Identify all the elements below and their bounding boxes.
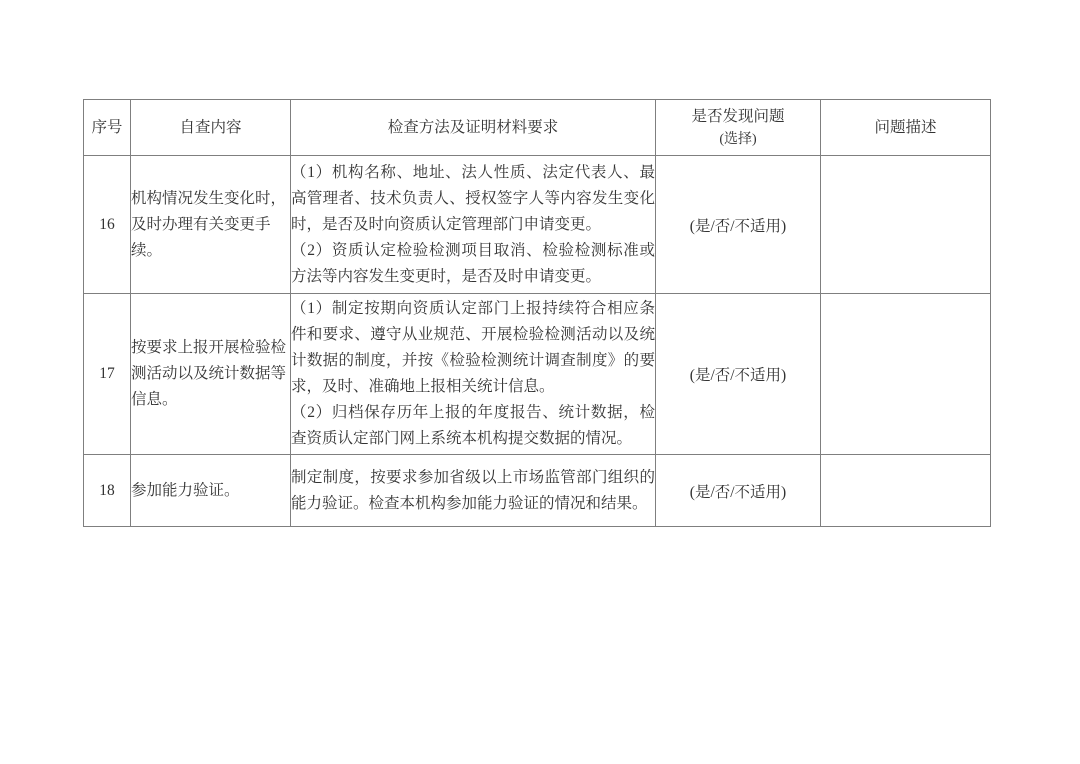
table-row-17: 17 按要求上报开展检验检测活动以及统计数据等信息。 （1）制定按期向资质认定部…: [84, 294, 991, 455]
column-header-content: 自查内容: [131, 100, 291, 156]
row-18-content-cell: 参加能力验证。: [131, 455, 291, 527]
table-header-row: 序号 自查内容 检查方法及证明材料要求 是否发现问题 (选择) 问题描述: [84, 100, 991, 156]
row-16-content-cell: 机构情况发生变化时，及时办理有关变更手续。: [131, 156, 291, 294]
row-16-problem-desc-cell: [821, 156, 991, 294]
column-header-method-label: 检查方法及证明材料要求: [388, 119, 559, 136]
row-17-problem-found-cell: (是/否/不适用): [656, 294, 821, 455]
row-17-method-cell: （1）制定按期向资质认定部门上报持续符合相应条件和要求、遵守从业规范、开展检验检…: [291, 294, 656, 455]
column-header-problem-found-label: 是否发现问题: [656, 105, 820, 128]
row-18-method-cell: 制定制度，按要求参加省级以上市场监管部门组织的能力验证。检查本机构参加能力验证的…: [291, 455, 656, 527]
column-header-no: 序号: [84, 100, 131, 156]
column-header-problem-found-sublabel: (选择): [656, 128, 820, 151]
row-18-number-cell: 18: [84, 455, 131, 527]
document-page: 序号 自查内容 检查方法及证明材料要求 是否发现问题 (选择) 问题描述 16: [0, 0, 1080, 764]
row-18-method-paragraph-1: 制定制度，按要求参加省级以上市场监管部门组织的能力验证。检查本机构参加能力验证的…: [291, 465, 655, 517]
table-row-16: 16 机构情况发生变化时，及时办理有关变更手续。 （1）机构名称、地址、法人性质…: [84, 156, 991, 294]
column-header-problem-desc: 问题描述: [821, 100, 991, 156]
row-17-method-paragraph-1: （1）制定按期向资质认定部门上报持续符合相应条件和要求、遵守从业规范、开展检验检…: [291, 296, 655, 400]
row-17-method-paragraph-2: （2）归档保存历年上报的年度报告、统计数据，检查资质认定部门网上系统本机构提交数…: [291, 400, 655, 452]
row-16-problem-found-cell: (是/否/不适用): [656, 156, 821, 294]
row-17-problem-desc-cell: [821, 294, 991, 455]
row-16-method-cell: （1）机构名称、地址、法人性质、法定代表人、最高管理者、技术负责人、授权签字人等…: [291, 156, 656, 294]
row-16-method-paragraph-2: （2）资质认定检验检测项目取消、检验检测标准或方法等内容发生变更时，是否及时申请…: [291, 238, 655, 290]
row-17-content-cell: 按要求上报开展检验检测活动以及统计数据等信息。: [131, 294, 291, 455]
column-header-content-label: 自查内容: [179, 119, 241, 136]
column-header-no-label: 序号: [91, 119, 122, 136]
column-header-method: 检查方法及证明材料要求: [291, 100, 656, 156]
table-row-18: 18 参加能力验证。 制定制度，按要求参加省级以上市场监管部门组织的能力验证。检…: [84, 455, 991, 527]
column-header-problem-found: 是否发现问题 (选择): [656, 100, 821, 156]
row-16-method-paragraph-1: （1）机构名称、地址、法人性质、法定代表人、最高管理者、技术负责人、授权签字人等…: [291, 160, 655, 238]
self-inspection-checklist-table: 序号 自查内容 检查方法及证明材料要求 是否发现问题 (选择) 问题描述 16: [83, 99, 991, 527]
row-18-problem-found-cell: (是/否/不适用): [656, 455, 821, 527]
row-16-number-cell: 16: [84, 156, 131, 294]
row-17-number-cell: 17: [84, 294, 131, 455]
column-header-problem-desc-label: 问题描述: [874, 119, 936, 136]
row-18-problem-desc-cell: [821, 455, 991, 527]
